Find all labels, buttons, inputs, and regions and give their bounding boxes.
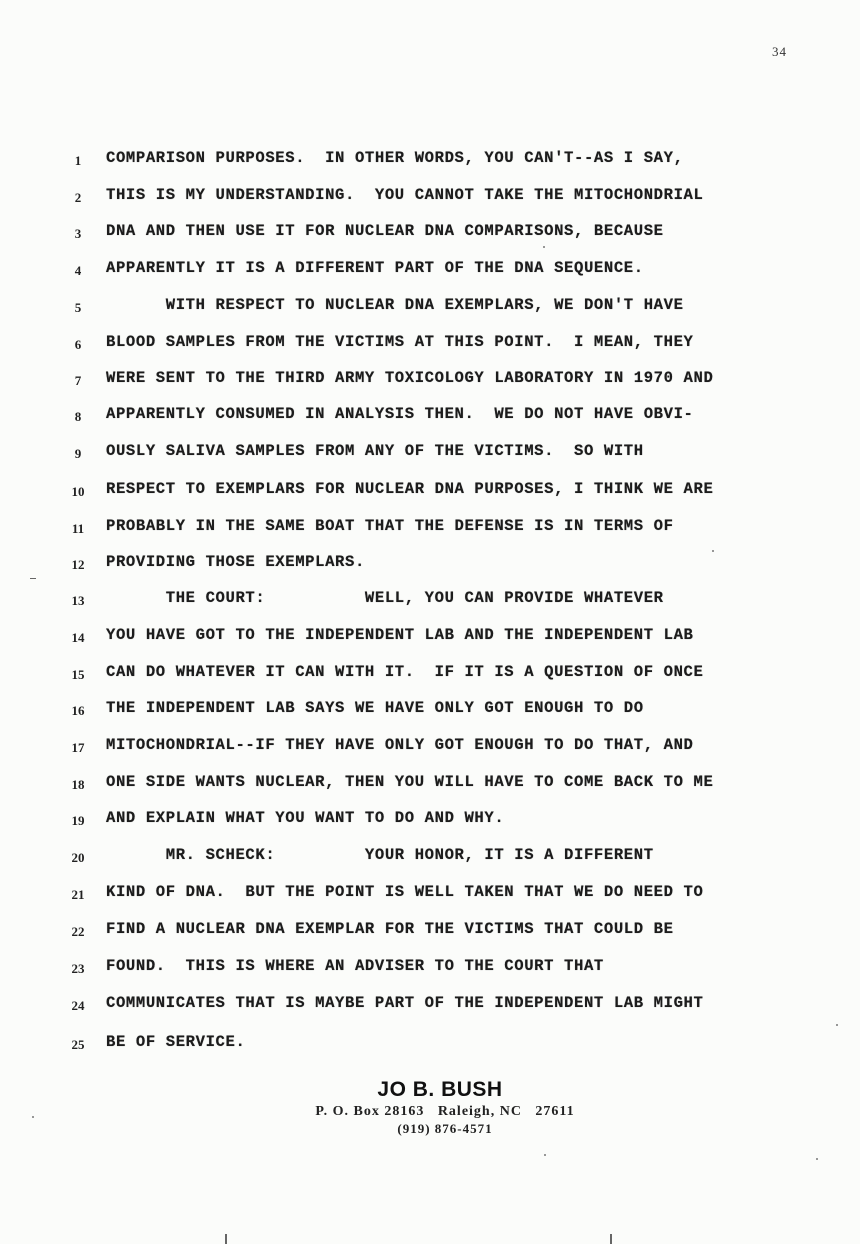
line-text: THE COURT: WELL, YOU CAN PROVIDE WHATEVE… — [106, 589, 664, 607]
line-number: 20 — [60, 850, 96, 866]
transcript-line: 10RESPECT TO EXEMPLARS FOR NUCLEAR DNA P… — [0, 480, 860, 504]
line-number: 9 — [60, 446, 96, 462]
line-text: MR. SCHECK: YOUR HONOR, IT IS A DIFFEREN… — [106, 846, 654, 864]
transcript-line: 5 WITH RESPECT TO NUCLEAR DNA EXEMPLARS,… — [0, 296, 860, 320]
reporter-address: P. O. Box 28163 Raleigh, NC 27611 — [30, 1104, 860, 1120]
transcript-line: 20 MR. SCHECK: YOUR HONOR, IT IS A DIFFE… — [0, 846, 860, 870]
line-number: 6 — [60, 337, 96, 353]
line-text: THE INDEPENDENT LAB SAYS WE HAVE ONLY GO… — [106, 699, 644, 717]
line-text: BLOOD SAMPLES FROM THE VICTIMS AT THIS P… — [106, 333, 694, 351]
line-number: 14 — [60, 630, 96, 646]
line-text: FOUND. THIS IS WHERE AN ADVISER TO THE C… — [106, 957, 604, 975]
transcript-line: 12PROVIDING THOSE EXEMPLARS. — [0, 553, 860, 577]
scan-mark-bottom-left — [225, 1234, 227, 1244]
line-text: BE OF SERVICE. — [106, 1033, 245, 1051]
scan-mark-left — [30, 578, 36, 579]
line-number: 11 — [60, 521, 96, 537]
line-number: 2 — [60, 190, 96, 206]
transcript-line: 8APPARENTLY CONSUMED IN ANALYSIS THEN. W… — [0, 405, 860, 429]
line-text: THIS IS MY UNDERSTANDING. YOU CANNOT TAK… — [106, 186, 703, 204]
line-number: 22 — [60, 924, 96, 940]
line-text: WITH RESPECT TO NUCLEAR DNA EXEMPLARS, W… — [106, 296, 684, 314]
scan-speck — [32, 1116, 34, 1118]
line-number: 4 — [60, 263, 96, 279]
transcript-line: 14YOU HAVE GOT TO THE INDEPENDENT LAB AN… — [0, 626, 860, 650]
line-text: WERE SENT TO THE THIRD ARMY TOXICOLOGY L… — [106, 369, 713, 387]
line-text: COMPARISON PURPOSES. IN OTHER WORDS, YOU… — [106, 149, 684, 167]
transcript-line: 18ONE SIDE WANTS NUCLEAR, THEN YOU WILL … — [0, 773, 860, 797]
line-number: 19 — [60, 813, 96, 829]
scan-speck — [836, 1024, 838, 1026]
reporter-phone: (919) 876-4571 — [30, 1121, 860, 1137]
line-number: 13 — [60, 593, 96, 609]
line-text: ONE SIDE WANTS NUCLEAR, THEN YOU WILL HA… — [106, 773, 713, 791]
transcript-line: 22FIND A NUCLEAR DNA EXEMPLAR FOR THE VI… — [0, 920, 860, 944]
transcript-line: 6BLOOD SAMPLES FROM THE VICTIMS AT THIS … — [0, 333, 860, 357]
transcript-line: 9OUSLY SALIVA SAMPLES FROM ANY OF THE VI… — [0, 442, 860, 466]
transcript-line: 16THE INDEPENDENT LAB SAYS WE HAVE ONLY … — [0, 699, 860, 723]
line-text: PROBABLY IN THE SAME BOAT THAT THE DEFEN… — [106, 517, 674, 535]
line-number: 15 — [60, 667, 96, 683]
scan-mark-bottom-right — [610, 1234, 612, 1244]
transcript-line: 21KIND OF DNA. BUT THE POINT IS WELL TAK… — [0, 883, 860, 907]
line-number: 3 — [60, 226, 96, 242]
line-text: PROVIDING THOSE EXEMPLARS. — [106, 553, 365, 571]
line-text: APPARENTLY IT IS A DIFFERENT PART OF THE… — [106, 259, 644, 277]
line-text: COMMUNICATES THAT IS MAYBE PART OF THE I… — [106, 994, 703, 1012]
reporter-name: JO B. BUSH — [20, 1078, 860, 1102]
transcript-line: 11PROBABLY IN THE SAME BOAT THAT THE DEF… — [0, 517, 860, 541]
line-text: OUSLY SALIVA SAMPLES FROM ANY OF THE VIC… — [106, 442, 644, 460]
transcript-line: 1COMPARISON PURPOSES. IN OTHER WORDS, YO… — [0, 149, 860, 173]
line-number: 10 — [60, 484, 96, 500]
transcript-line: 15CAN DO WHATEVER IT CAN WITH IT. IF IT … — [0, 663, 860, 687]
transcript-line: 7WERE SENT TO THE THIRD ARMY TOXICOLOGY … — [0, 369, 860, 393]
line-text: APPARENTLY CONSUMED IN ANALYSIS THEN. WE… — [106, 405, 694, 423]
line-text: FIND A NUCLEAR DNA EXEMPLAR FOR THE VICT… — [106, 920, 674, 938]
line-text: RESPECT TO EXEMPLARS FOR NUCLEAR DNA PUR… — [106, 480, 713, 498]
scan-speck — [816, 1158, 818, 1160]
page-number: 34 — [772, 44, 787, 60]
line-text: CAN DO WHATEVER IT CAN WITH IT. IF IT IS… — [106, 663, 703, 681]
line-number: 25 — [60, 1037, 96, 1053]
scan-speck — [712, 550, 714, 552]
line-text: YOU HAVE GOT TO THE INDEPENDENT LAB AND … — [106, 626, 694, 644]
line-number: 1 — [60, 153, 96, 169]
line-text: MITOCHONDRIAL--IF THEY HAVE ONLY GOT ENO… — [106, 736, 694, 754]
transcript-line: 2THIS IS MY UNDERSTANDING. YOU CANNOT TA… — [0, 186, 860, 210]
line-number: 8 — [60, 409, 96, 425]
transcript-line: 17MITOCHONDRIAL--IF THEY HAVE ONLY GOT E… — [0, 736, 860, 760]
line-number: 18 — [60, 777, 96, 793]
court-reporter-footer: JO B. BUSH P. O. Box 28163 Raleigh, NC 2… — [0, 1078, 860, 1137]
line-number: 5 — [60, 300, 96, 316]
transcript-line: 25BE OF SERVICE. — [0, 1033, 860, 1057]
scan-speck — [543, 246, 545, 248]
transcript-line: 3DNA AND THEN USE IT FOR NUCLEAR DNA COM… — [0, 222, 860, 246]
transcript-line: 23FOUND. THIS IS WHERE AN ADVISER TO THE… — [0, 957, 860, 981]
line-number: 23 — [60, 961, 96, 977]
line-number: 12 — [60, 557, 96, 573]
transcript-line: 24COMMUNICATES THAT IS MAYBE PART OF THE… — [0, 994, 860, 1018]
line-number: 21 — [60, 887, 96, 903]
line-text: AND EXPLAIN WHAT YOU WANT TO DO AND WHY. — [106, 809, 504, 827]
line-number: 16 — [60, 703, 96, 719]
line-text: KIND OF DNA. BUT THE POINT IS WELL TAKEN… — [106, 883, 703, 901]
transcript-line: 4APPARENTLY IT IS A DIFFERENT PART OF TH… — [0, 259, 860, 283]
transcript-line: 19AND EXPLAIN WHAT YOU WANT TO DO AND WH… — [0, 809, 860, 833]
line-text: DNA AND THEN USE IT FOR NUCLEAR DNA COMP… — [106, 222, 664, 240]
line-number: 17 — [60, 740, 96, 756]
transcript-line: 13 THE COURT: WELL, YOU CAN PROVIDE WHAT… — [0, 589, 860, 613]
line-number: 7 — [60, 373, 96, 389]
scan-speck — [544, 1154, 546, 1156]
line-number: 24 — [60, 998, 96, 1014]
